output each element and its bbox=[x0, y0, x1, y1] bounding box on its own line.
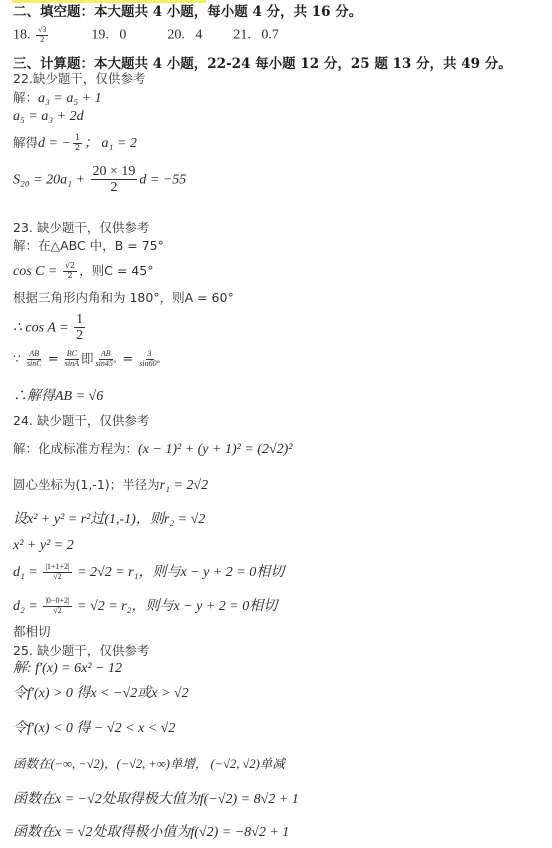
q23-line4: ∴ cos A = 12 bbox=[13, 312, 87, 344]
q22-line2: a₅ = a₃ + 2d bbox=[13, 109, 84, 125]
answer-18-num: 18. bbox=[13, 28, 31, 43]
q23-line6: ∴解得AB = √6 bbox=[13, 389, 103, 405]
q25-line4: 函数在(−∞, −√2)，(−√2, +∞)单增， (−√2, √2)单减 bbox=[13, 756, 285, 772]
q22-line3: 解得d = −12； a₁ = 2 bbox=[13, 134, 137, 153]
q24-line7: 都相切 bbox=[13, 624, 51, 640]
q23-line2: cos C = √22，则C = 45° bbox=[13, 262, 153, 281]
q22-line1: 解：a₃ = a₅ + 1 bbox=[13, 90, 102, 107]
q22-title: 22.缺少题干，仅供参考 bbox=[13, 71, 145, 87]
q24-line4: x² + y² = 2 bbox=[13, 538, 74, 554]
answer-18-value: √3 2 bbox=[36, 26, 48, 45]
q23-title: 23. 缺少题干，仅供参考 bbox=[13, 220, 149, 236]
answer-19-num: 19. bbox=[91, 28, 109, 43]
q22-line4: S₂₀ = 20a₁ + 20 × 192d = −55 bbox=[13, 164, 186, 196]
answer-19-value: 0 bbox=[119, 28, 126, 43]
q24-line3: 设x² + y² = r²过(1,-1)，则r₂ = √2 bbox=[13, 512, 205, 528]
q25-line6: 函数在x = √2处取得极小值为f(√2) = −8√2 + 1 bbox=[13, 825, 289, 841]
q25-line2: 令f′(x) > 0 得x < −√2或x > √2 bbox=[13, 686, 189, 702]
answer-20-value: 4 bbox=[195, 28, 202, 43]
q24-title: 24. 缺少题干，仅供参考 bbox=[13, 413, 149, 429]
q24-line1: 解：化成标准方程为：(x − 1)² + (y + 1)² = (2√2)² bbox=[13, 441, 292, 458]
q23-line1: 解：在△ABC 中，B = 75° bbox=[13, 238, 164, 254]
q25-line1: 解: f′(x) = 6x² − 12 bbox=[13, 661, 122, 677]
section2-header: 二、填空题：本大题共 4 小题，每小题 4 分，共 16 分。 bbox=[13, 4, 362, 20]
fill-blank-answers: 18. √3 2 19. 0 20. 4 21. 0.7 bbox=[13, 26, 279, 45]
q24-line6: d₂ = |0−0+2|√2 = √2 = r₂，则与x − y + 2 = 0… bbox=[13, 597, 277, 616]
yellow-highlight bbox=[12, 0, 206, 3]
q25-line5: 函数在x = −√2处取得极大值为f(−√2) = 8√2 + 1 bbox=[13, 792, 299, 808]
q24-line2: 圆心坐标为(1,-1)；半径为r₁ = 2√2 bbox=[13, 477, 208, 494]
answer-21-value: 0.7 bbox=[261, 28, 279, 43]
section3-header: 三、计算题：本大题共 4 小题，22-24 每小题 12 分，25 题 13 分… bbox=[13, 56, 512, 72]
q25-line3: 令f′(x) < 0 得 − √2 < x < √2 bbox=[13, 721, 175, 737]
q24-line5: d₁ = |1+1+2|√2 = 2√2 = r₁，则与x − y + 2 = … bbox=[13, 563, 284, 582]
answer-20-num: 20. bbox=[167, 28, 185, 43]
q23-line3: 根据三角形内角和为 180°，则A = 60° bbox=[13, 290, 234, 306]
q23-line5: ∵ ABsinC = BCsinA即ABsin45° = 3sin60° bbox=[13, 350, 162, 369]
q25-title: 25. 缺少题干，仅供参考 bbox=[13, 643, 149, 659]
answer-21-num: 21. bbox=[233, 28, 251, 43]
